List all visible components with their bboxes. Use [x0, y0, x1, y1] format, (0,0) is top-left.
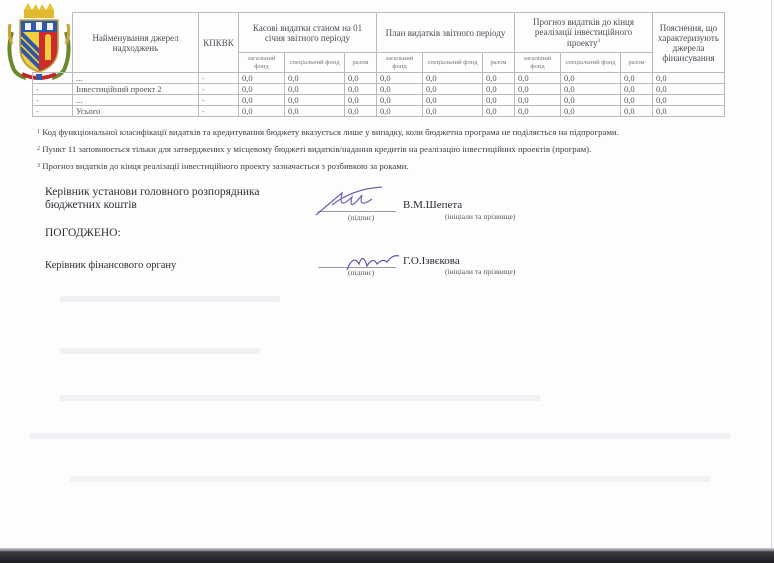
financing-sources-table: Найменування джерел надходжень КПКВК Кас…: [32, 12, 725, 117]
cell-value: 0,0: [345, 73, 377, 84]
cell-name: ...: [73, 73, 199, 84]
cell-value: 0,0: [483, 73, 515, 84]
forecast-expenses-header: Прогноз видатків до кінця реалізації інв…: [515, 13, 653, 53]
cell-value: 0,0: [515, 95, 561, 106]
plan-general-fund-header: загальний фонд: [377, 53, 423, 73]
finance-signature-caption: (підпис): [348, 268, 374, 277]
cell-value: 0,0: [621, 106, 653, 117]
cell-value: 0,0: [515, 73, 561, 84]
cell-value: 0,0: [653, 84, 725, 95]
cell-value: 0,0: [653, 106, 725, 117]
cell-value: 0,0: [561, 84, 621, 95]
finance-title: Керівник фінансового органу: [45, 259, 176, 272]
cell-value: 0,0: [239, 73, 285, 84]
cell-value: 0,0: [239, 95, 285, 106]
explanation-header: Пояснення, що характеризують джерела фін…: [653, 13, 725, 73]
cell-value: 0,0: [285, 84, 345, 95]
cell-value: 0,0: [423, 106, 483, 117]
table-row: -Усього-0,00,00,00,00,00,00,00,00,00,0: [33, 106, 725, 117]
cell-kpkvk: -: [199, 84, 239, 95]
cell-value: 0,0: [239, 106, 285, 117]
cell-name: ...: [73, 95, 199, 106]
cell-value: 0,0: [423, 84, 483, 95]
cell-value: 0,0: [653, 73, 725, 84]
finance-name-caption: (ініціали та прізвище): [445, 267, 515, 276]
kpkvk-header: КПКВК: [199, 13, 239, 73]
footnotes: 1 Код функціональної класифікації видатк…: [37, 127, 727, 178]
cell-value: 0,0: [377, 95, 423, 106]
cell-num: -: [33, 95, 73, 106]
cell-name: Усього: [73, 106, 199, 117]
plan-expenses-header: План видатків звітного періоду: [377, 13, 515, 53]
cell-value: 0,0: [239, 84, 285, 95]
table-row: -...-0,00,00,00,00,00,00,00,00,00,0: [33, 95, 725, 106]
footnote-2: 2 Пункт 11 заповнюється тільки для затве…: [37, 144, 727, 155]
cell-value: 0,0: [285, 73, 345, 84]
document-page: Найменування джерел надходжень КПКВК Кас…: [0, 0, 772, 548]
cell-kpkvk: -: [199, 106, 239, 117]
plan-special-fund-header: спеціальний фонд: [423, 53, 483, 73]
head-name: В.М.Шепета: [403, 199, 462, 211]
cell-value: 0,0: [515, 84, 561, 95]
cell-num: -: [33, 84, 73, 95]
cell-kpkvk: -: [199, 95, 239, 106]
table-row: -Інвестиційний проект 2-0,00,00,00,00,00…: [33, 84, 725, 95]
cell-value: 0,0: [377, 73, 423, 84]
cell-value: 0,0: [345, 84, 377, 95]
cell-num: [33, 73, 73, 84]
forecast-special-fund-header: спеціальний фонд: [561, 53, 621, 73]
plan-total-header: разом: [483, 53, 515, 73]
head-title: Керівник установи головного розпорядника…: [45, 186, 260, 212]
cell-value: 0,0: [621, 95, 653, 106]
cell-value: 0,0: [483, 95, 515, 106]
cell-value: 0,0: [423, 95, 483, 106]
cell-num: -: [33, 106, 73, 117]
cash-total-header: разом: [345, 53, 377, 73]
cell-value: 0,0: [561, 73, 621, 84]
cell-value: 0,0: [483, 106, 515, 117]
source-name-header: Найменування джерел надходжень: [73, 13, 199, 73]
table-row: ...-0,00,00,00,00,00,00,00,00,00,0: [33, 73, 725, 84]
forecast-general-fund-header: загальний фонд: [515, 53, 561, 73]
cell-value: 0,0: [423, 73, 483, 84]
footnote-3: 3 Прогноз видатків до кінця реалізації і…: [37, 161, 727, 172]
cell-kpkvk: -: [199, 73, 239, 84]
cash-general-fund-header: загальний фонд: [239, 53, 285, 73]
head-signature-caption: (підпис): [348, 213, 374, 222]
cell-value: 0,0: [561, 95, 621, 106]
footnote-1: 1 Код функціональної класифікації видатк…: [37, 127, 727, 138]
cell-value: 0,0: [285, 95, 345, 106]
cell-value: 0,0: [377, 84, 423, 95]
scan-bottom-edge: [0, 548, 774, 563]
cell-value: 0,0: [515, 106, 561, 117]
head-name-caption: (ініціали та прізвище): [445, 212, 515, 221]
cash-special-fund-header: спеціальний фонд: [285, 53, 345, 73]
cell-value: 0,0: [621, 73, 653, 84]
cell-value: 0,0: [621, 84, 653, 95]
cell-value: 0,0: [345, 95, 377, 106]
cell-value: 0,0: [653, 95, 725, 106]
cell-name: Інвестиційний проект 2: [73, 84, 199, 95]
approved-label: ПОГОДЖЕНО:: [45, 227, 121, 240]
cash-expenses-header: Касові видатки станом на 01 січня звітно…: [239, 13, 377, 53]
finance-name: Г.О.Ізвєкова: [403, 255, 460, 267]
cell-value: 0,0: [377, 106, 423, 117]
forecast-total-header: разом: [621, 53, 653, 73]
cell-value: 0,0: [561, 106, 621, 117]
cell-value: 0,0: [345, 106, 377, 117]
num-header: [33, 13, 73, 73]
cell-value: 0,0: [483, 84, 515, 95]
cell-value: 0,0: [285, 106, 345, 117]
